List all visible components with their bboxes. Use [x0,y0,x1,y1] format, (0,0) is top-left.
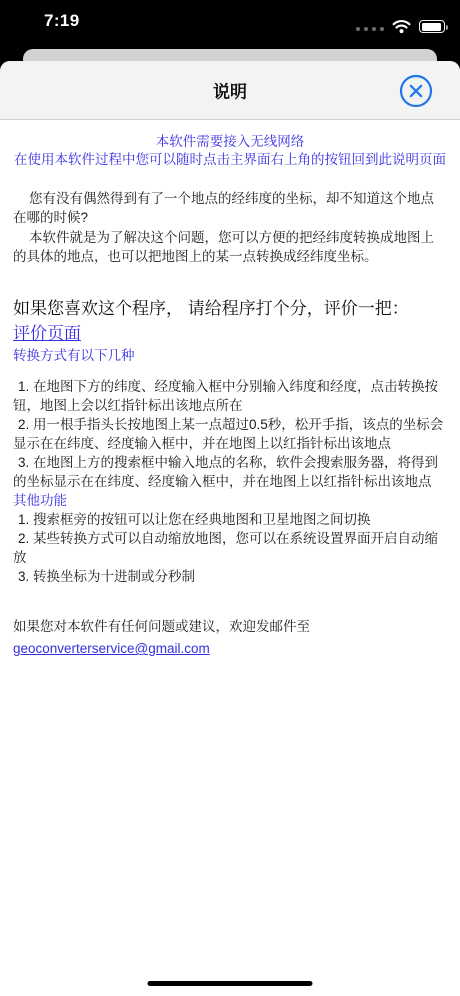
contact-section: 如果您对本软件有任何问题或建议，欢迎发邮件至 geoconverterservi… [13,616,447,659]
help-sheet: 说明 本软件需要接入无线网络 在使用本软件过程中您可以随时点击主界面右上角的按钮… [0,61,460,996]
other-feature-item: 2. 某些转换方式可以自动缩放地图，您可以在系统设置界面开启自动缩放 [13,529,447,567]
other-features-heading: 其他功能 [13,491,447,510]
close-button[interactable] [399,74,433,108]
other-feature-item: 1. 搜索框旁的按钮可以让您在经典地图和卫星地图之间切换 [13,510,447,529]
wifi-icon [391,19,412,34]
about-paragraph-1: 您有没有偶然得到有了一个地点的经纬度的坐标，却不知道这个地点在哪的时候? [13,189,447,227]
rating-page-link[interactable]: 评价页面 [13,324,81,343]
circle-x-close-icon [399,96,433,111]
conversion-item: 1. 在地图下方的纬度、经度输入框中分别输入纬度和经度，点击转换按钮，地图上会以… [13,377,447,415]
status-icons [356,19,446,34]
conversion-heading: 转换方式有以下几种 [13,346,447,365]
status-bar: 7:19 [0,0,460,48]
help-content: 本软件需要接入无线网络 在使用本软件过程中您可以随时点击主界面右上角的按钮回到此… [0,121,460,996]
cellular-signal-icon [356,27,385,32]
about-paragraph-2: 本软件就是为了解决这个问题，您可以方便的把经纬度转换成地图上的具体的地点，也可以… [13,228,447,266]
about-section: 您有没有偶然得到有了一个地点的经纬度的坐标，却不知道这个地点在哪的时候? 本软件… [13,189,447,266]
other-feature-item: 3. 转换坐标为十进制或分秒制 [13,567,447,586]
sheet-header: 说明 [0,61,460,120]
home-indicator[interactable] [148,981,313,986]
iphone-screen: 7:19 说明 [0,0,460,996]
status-time: 7:19 [44,11,80,31]
email-link[interactable]: geoconverterservice@gmail.com [13,638,210,659]
conversion-item: 3. 在地图上方的搜索框中输入地点的名称，软件会搜索服务器，将得到的坐标显示在在… [13,453,447,491]
intro-note: 本软件需要接入无线网络 在使用本软件过程中您可以随时点击主界面右上角的按钮回到此… [13,133,447,169]
conversion-item: 2. 用一根手指头长按地图上某一点超过0.5秒，松开手指，该点的坐标会显示在在纬… [13,415,447,453]
sheet-title: 说明 [60,78,400,103]
rating-prompt: 如果您喜欢这个程序， 请给程序打个分，评价一把： [13,296,447,321]
battery-icon [419,20,445,33]
contact-text: 如果您对本软件有任何问题或建议，欢迎发邮件至 [13,616,447,637]
intro-line-1: 本软件需要接入无线网络 [13,133,447,151]
intro-line-2: 在使用本软件过程中您可以随时点击主界面右上角的按钮回到此说明页面 [13,151,447,169]
rating-section: 如果您喜欢这个程序， 请给程序打个分，评价一把： 评价页面 [13,296,447,346]
